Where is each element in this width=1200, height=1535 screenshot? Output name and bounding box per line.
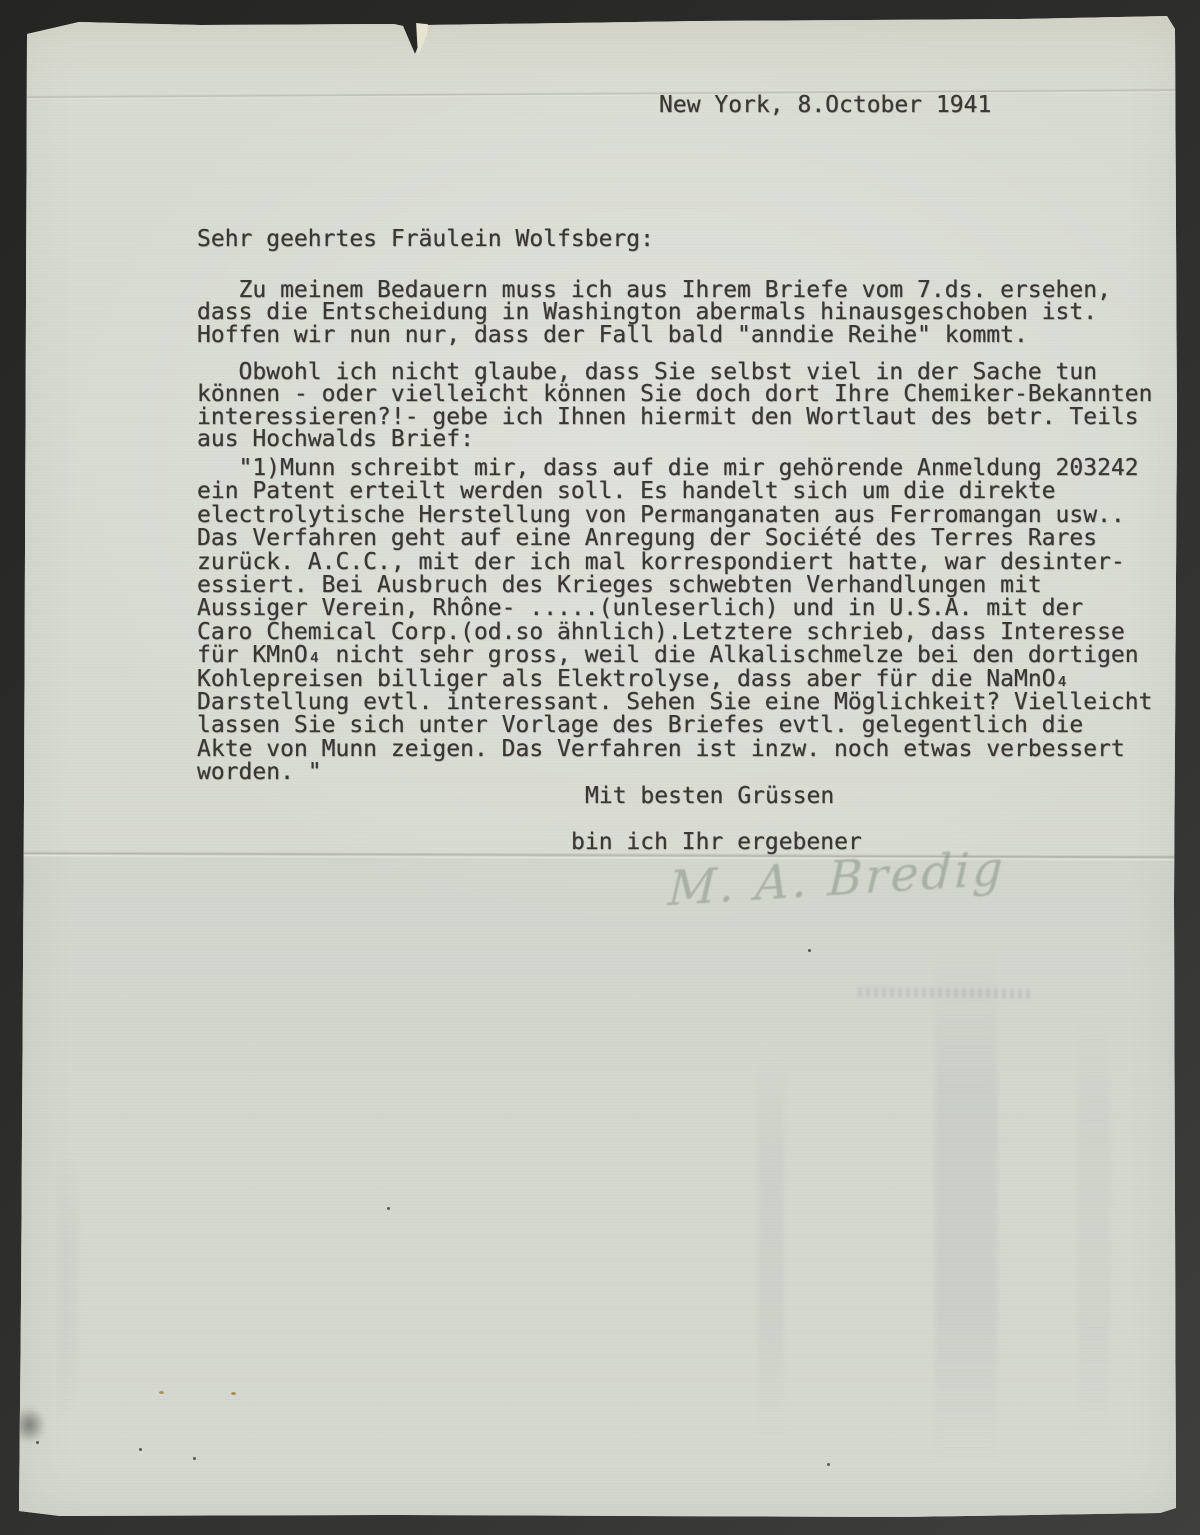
letter-line: können - oder vielleicht können Sie doch… [197, 383, 1152, 405]
letter-line: "1)Munn schreibt mir, dass auf die mir g… [197, 457, 1152, 480]
date-line: New York, 8.October 1941 [659, 92, 991, 118]
letter-line: Aussiger Verein, Rhône- .....(unleserlic… [197, 597, 1152, 620]
salutation: Sehr geehrtes Fräulein Wolfsberg: [197, 226, 654, 252]
paragraph-1: Zu meinem Bedauern muss ich aus Ihrem Br… [197, 279, 1111, 346]
letter-line: lassen Sie sich unter Vorlage des Briefe… [197, 714, 1152, 737]
letter-line: Akte von Munn zeigen. Das Verfahren ist … [197, 738, 1152, 761]
letter-line: zurück. A.C.C., mit der ich mal korrespo… [197, 551, 1152, 574]
letter-line: Zu meinem Bedauern muss ich aus Ihrem Br… [197, 279, 1111, 301]
paragraph-2: Obwohl ich nicht glaube, dass Sie selbst… [197, 361, 1152, 451]
letter-line: Hoffen wir nun nur, dass der Fall bald "… [197, 324, 1111, 346]
quoted-excerpt: "1)Munn schreibt mir, dass auf die mir g… [197, 457, 1152, 785]
letter-line: worden. " [197, 761, 1152, 784]
letter-line: Caro Chemical Corp.(od.so ähnlich).Letzt… [197, 621, 1152, 644]
letter-line: essiert. Bei Ausbruch des Krieges schweb… [197, 574, 1152, 597]
letter-line: Obwohl ich nicht glaube, dass Sie selbst… [197, 361, 1152, 383]
letter-line: Darstellung evtl. interessant. Sehen Sie… [197, 691, 1152, 714]
letter-line: ein Patent erteilt werden soll. Es hande… [197, 480, 1152, 503]
date-line-block: New York, 8.October 1941 [659, 92, 991, 118]
letter-line: interessieren?!- gebe ich Ihnen hiermit … [197, 406, 1152, 428]
closing-salutation: Mit besten Grüssen [585, 783, 834, 809]
letter-line: Mit besten Grüssen [585, 783, 834, 809]
letter-text: New York, 8.October 1941 Sehr geehrtes F… [0, 0, 1200, 1535]
letter-line: für KMnO₄ nicht sehr gross, weil die Alk… [197, 644, 1152, 667]
scanned-letter-page: New York, 8.October 1941 Sehr geehrtes F… [0, 0, 1200, 1535]
letter-line: Das Verfahren geht auf eine Anregung der… [197, 527, 1152, 550]
letter-line: aus Hochwalds Brief: [197, 428, 1152, 450]
letter-line: electrolytische Herstellung von Permanga… [197, 504, 1152, 527]
letter-line: Kohlepreisen billiger als Elektrolyse, d… [197, 668, 1152, 691]
letter-line: dass die Entscheidung in Washington aber… [197, 301, 1111, 323]
salutation-block: Sehr geehrtes Fräulein Wolfsberg: [197, 226, 654, 252]
